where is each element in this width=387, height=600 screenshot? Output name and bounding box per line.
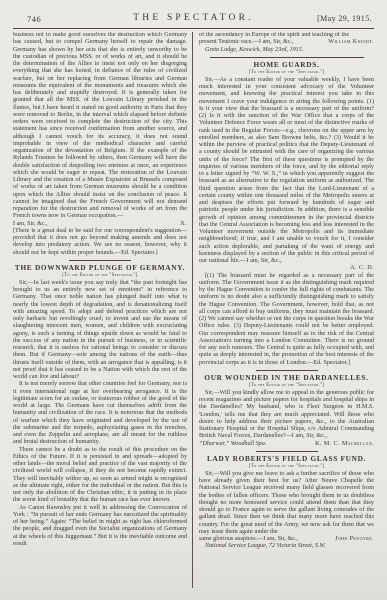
correspondent-name: K. M. C. Macmillan.: [315, 441, 374, 448]
correspondent-name: X.: [180, 221, 187, 228]
signature-line: I am, Sir, &c.,X.: [13, 221, 187, 228]
correspondent-address: Greta Lodge, Keswick, May 23rd, 1915.: [199, 47, 374, 54]
header-rule: [13, 28, 374, 29]
letter-paragraph: Sir,—Will you kindly allow me to appeal …: [199, 390, 374, 441]
section-divider: [69, 260, 131, 261]
signature-lead-text: I am, Sir, &c.,: [13, 221, 48, 228]
letter-paragraph: As Canon Rawnsley put it well in address…: [13, 505, 187, 549]
left-column: business not to make good ourselves the …: [13, 32, 192, 588]
signature-line: A. C. D.: [199, 265, 374, 272]
section-divider: [256, 370, 318, 371]
text-columns: business not to make good ourselves the …: [13, 32, 374, 588]
correspondent-name: John Penoyre.: [335, 536, 374, 543]
page-header: 746 THE SPECTATOR. [May 29, 1915.: [13, 13, 374, 26]
letter-paragraph: of the ascendancy in Europe of the spiri…: [199, 32, 374, 39]
signature-lead-text: “Dharwar,” Woodhall Spa.: [199, 441, 266, 448]
correspondent-name: A. C. D.: [350, 265, 374, 272]
right-column: of the ascendancy in Europe of the spiri…: [192, 32, 374, 588]
editor-address-line: [To the Editor of the "Spectator."]: [199, 70, 374, 76]
letter-paragraph: [(1) The brassard must be regarded as a …: [199, 273, 374, 367]
letter-paragraph: business not to make good ourselves the …: [13, 32, 187, 221]
section-heading: THE DOWNWARD PLUNGE OF GERMANY.: [13, 264, 187, 273]
section-heading: HOME GUARDS.: [199, 61, 374, 70]
correspondent-address: National Service League, 72 Victoria Str…: [199, 543, 374, 550]
letter-paragraph: There cannot be a doubt as to the result…: [13, 447, 187, 505]
letter-paragraph: It is not merely sorrow that other count…: [13, 381, 187, 446]
signature-line: same glorious auspices.—I am, Sir, &c.,J…: [199, 536, 374, 543]
issue-date: [May 29, 1915.: [317, 14, 372, 23]
letter-paragraph: [There is a great deal to be said for ou…: [13, 228, 187, 257]
correspondent-name: William Knight.: [328, 39, 374, 46]
signature-lead-text: present Teutonic race.—I am, Sir, &c.,: [199, 39, 294, 46]
letter-paragraph: Sir,—In last week's issue you say truly …: [13, 280, 187, 382]
page-content: 746 THE SPECTATOR. [May 29, 1915. busine…: [0, 13, 387, 588]
magazine-page: 746 THE SPECTATOR. [May 29, 1915. busine…: [0, 0, 387, 600]
editor-address-line: [To the Editor of the "Spectator."]: [13, 273, 187, 279]
section-divider: [256, 451, 318, 452]
editor-address-line: [To the Editor of the "Spectator."]: [199, 464, 374, 470]
signature-line: “Dharwar,” Woodhall Spa.K. M. C. Macmill…: [199, 441, 374, 448]
letter-paragraph: Sir,—Will you give me leave to ask a fur…: [199, 471, 374, 536]
section-heading: LADY ROBERTS'S FIELD GLASS FUND.: [199, 455, 374, 464]
signature-line: present Teutonic race.—I am, Sir, &c.,Wi…: [199, 39, 374, 46]
section-divider: [210, 57, 364, 58]
editor-address-line: [To the Editor of the "Spectator."]: [199, 383, 374, 389]
signature-lead-text: same glorious auspices.—I am, Sir, &c.,: [199, 536, 298, 543]
letter-paragraph: Sir,—As a constant reader of your valuab…: [199, 77, 374, 266]
section-heading: OUR WOUNDED IN THE DARDANELLES.: [199, 374, 374, 383]
